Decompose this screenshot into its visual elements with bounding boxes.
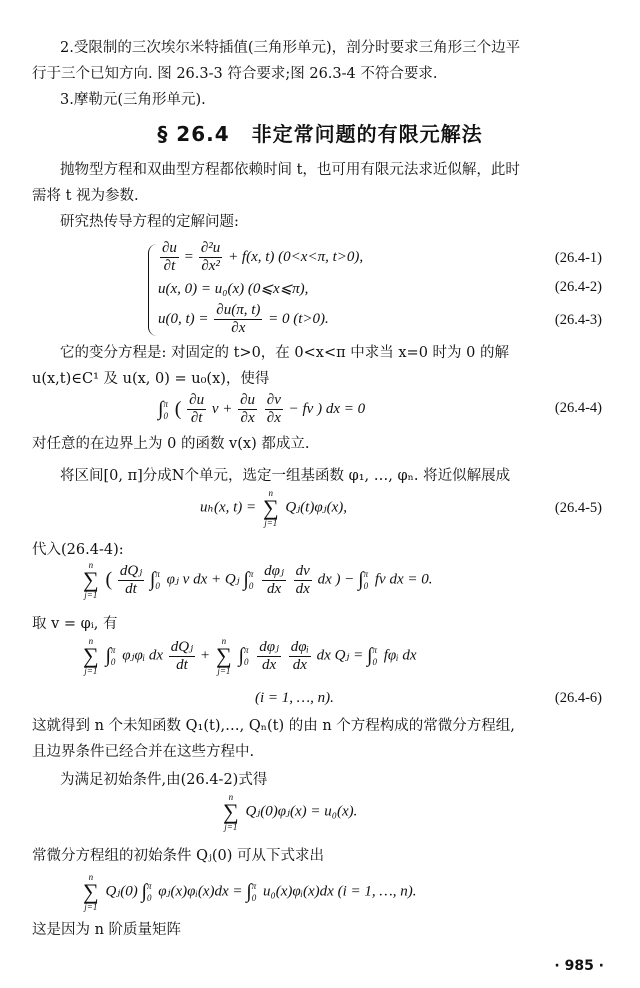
mass-matrix-text: 这是因为 n 阶质量矩阵 bbox=[32, 920, 181, 940]
page-number: · 985 · bbox=[554, 958, 604, 974]
equation-number-26-4-5: (26.4-5) bbox=[555, 500, 602, 517]
variational-line2: u(x,t)∈C¹ 及 u(x, 0) = u₀(x)，使得 bbox=[32, 369, 269, 389]
equation-number-26-4-2: (26.4-2) bbox=[555, 279, 602, 296]
paragraph-hermite-line2: 行于三个已知方向. 图 26.3-3 符合要求;图 26.3-4 不符合要求. bbox=[32, 64, 437, 84]
take-v-text: 取 v = φᵢ, 有 bbox=[32, 614, 117, 634]
section-title: 非定常问题的有限元解法 bbox=[252, 122, 483, 146]
equation-number-26-4-4: (26.4-4) bbox=[555, 400, 602, 417]
equation-initial-integral: n∑j=1 Qⱼ(0) ∫π0 φⱼ(x)φᵢ(x)dx = ∫π0 u₀(x)… bbox=[80, 872, 416, 912]
equation-initial-sum: n∑j=1 Qⱼ(0)φⱼ(x) = u₀(x). bbox=[220, 792, 357, 832]
equation-26-4-5: uₕ(x, t) = n∑j=1 Qⱼ(t)φⱼ(x), bbox=[200, 488, 347, 528]
system-brace bbox=[148, 244, 157, 336]
divide-interval-text: 将区间[0, π]分成N个单元，选定一组基函数 φ₁, …, φₙ. 将近似解展… bbox=[60, 466, 510, 486]
section-number: § 26.4 bbox=[157, 122, 229, 146]
variational-line1: 它的变分方程是: 对固定的 t>0，在 0<x<π 中求当 x=0 时为 0 的… bbox=[60, 343, 509, 363]
equation-26-4-2: u(x, 0) = u₀(x) (0⩽x⩽π), bbox=[158, 279, 308, 298]
intro-line2: 需将 t 视为参数. bbox=[32, 186, 139, 206]
ode-text-line1: 这就得到 n 个未知函数 Q₁(t),…, Qₙ(t) 的由 n 个方程构成的常… bbox=[32, 716, 515, 736]
equation-26-4-6-range: (i = 1, …, n). bbox=[255, 690, 334, 707]
paragraph-hermite-line1: 2.受限制的三次埃尔米特插值(三角形单元)，剖分时要求三角形三个边平 bbox=[60, 38, 520, 58]
substitute-text: 代入(26.4-4): bbox=[32, 540, 124, 560]
equation-number-26-4-1: (26.4-1) bbox=[555, 250, 602, 267]
equation-26-4-6: n∑j=1 ∫π0 φⱼφᵢ dx dQⱼdt + n∑j=1 ∫π0 dφⱼd… bbox=[80, 636, 417, 676]
section-heading: § 26.4非定常问题的有限元解法 bbox=[0, 118, 640, 147]
paragraph-morley: 3.摩勒元(三角形单元). bbox=[60, 90, 206, 110]
initial-condition-text2: 常微分方程组的初始条件 Qⱼ(0) 可从下式求出 bbox=[32, 846, 324, 866]
equation-26-4-4: ∫π0 ( ∂u∂t v + ∂u∂x ∂v∂x − fv ) dx = 0 bbox=[158, 392, 365, 427]
intro-line1: 抛物型方程和双曲型方程都依赖时间 t，也可用有限元法求近似解，此时 bbox=[60, 160, 520, 180]
equation-26-4-3: u(0, t) = ∂u(π, t)∂x = 0 (t>0). bbox=[158, 302, 329, 337]
equation-26-4-1: ∂u∂t = ∂²u∂x² + f(x, t) (0<x<π, t>0), bbox=[158, 240, 363, 275]
equation-number-26-4-6: (26.4-6) bbox=[555, 690, 602, 707]
ode-text-line2: 且边界条件已经合并在这些方程中. bbox=[32, 742, 254, 762]
after-eq4-text: 对任意的在边界上为 0 的函数 v(x) 都成立. bbox=[32, 434, 309, 454]
initial-condition-text: 为满足初始条件,由(26.4-2)式得 bbox=[60, 770, 267, 790]
equation-substituted: n∑j=1 ( dQⱼdt ∫π0 φⱼ v dx + Qⱼ ∫π0 dφⱼdx… bbox=[80, 560, 432, 600]
equation-number-26-4-3: (26.4-3) bbox=[555, 312, 602, 329]
intro-line3: 研究热传导方程的定解问题: bbox=[60, 212, 239, 232]
